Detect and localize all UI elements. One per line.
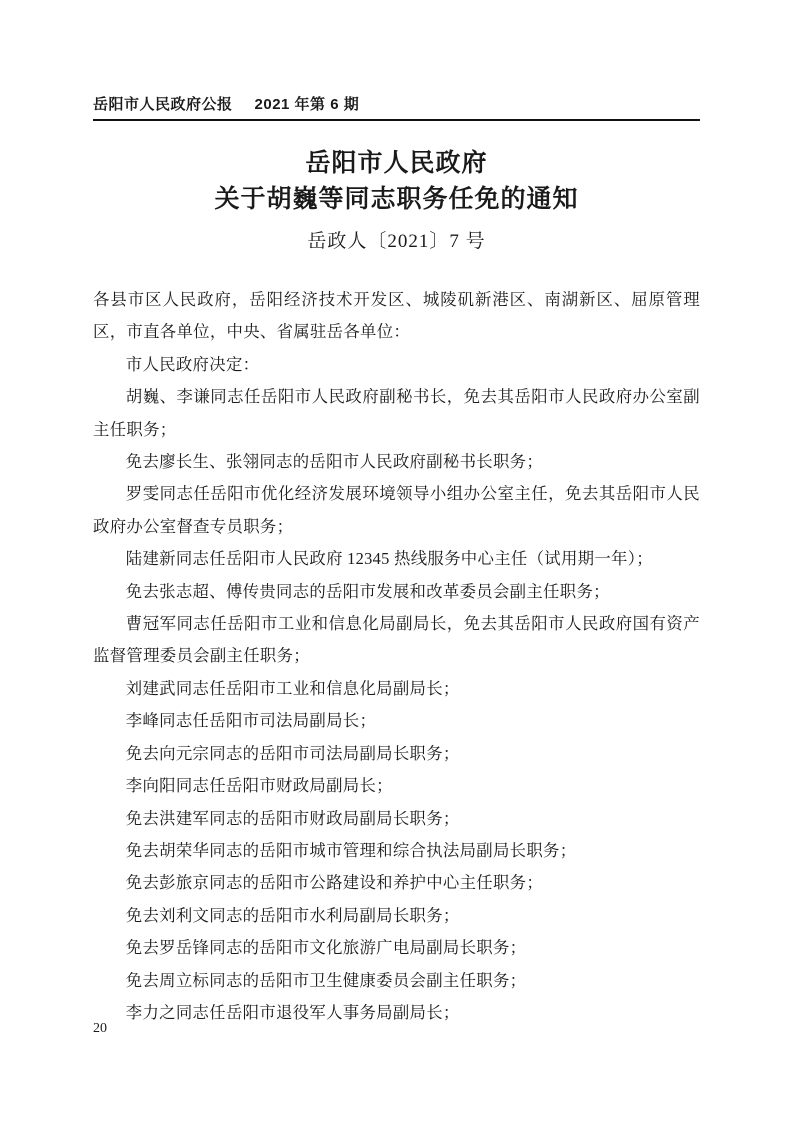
paragraph: 李力之同志任岳阳市退役军人事务局副局长；	[93, 997, 700, 1029]
paragraph: 李向阳同志任岳阳市财政局副局长；	[93, 770, 700, 802]
paragraph: 免去罗岳锋同志的岳阳市文化旅游广电局副局长职务；	[93, 932, 700, 964]
document-body: 各县市区人民政府，岳阳经济技术开发区、城陵矶新港区、南湖新区、屈原管理区，市直各…	[93, 284, 700, 1029]
paragraph: 刘建武同志任岳阳市工业和信息化局副局长；	[93, 673, 700, 705]
document-title-line-2: 关于胡巍等同志职务任免的通知	[93, 182, 700, 218]
paragraph: 曹冠军同志任岳阳市工业和信息化局副局长，免去其岳阳市人民政府国有资产监督管理委员…	[93, 608, 700, 673]
paragraph: 各县市区人民政府，岳阳经济技术开发区、城陵矶新港区、南湖新区、屈原管理区，市直各…	[93, 284, 700, 349]
paragraph: 免去向元宗同志的岳阳市司法局副局长职务；	[93, 738, 700, 770]
gazette-page: 岳阳市人民政府公报2021 年第 6 期 岳阳市人民政府 关于胡巍等同志职务任免…	[0, 0, 793, 1122]
paragraph: 免去彭旅京同志的岳阳市公路建设和养护中心主任职务；	[93, 867, 700, 899]
document-title: 岳阳市人民政府 关于胡巍等同志职务任免的通知	[93, 146, 700, 218]
paragraph: 胡巍、李谦同志任岳阳市人民政府副秘书长，免去其岳阳市人民政府办公室副主任职务；	[93, 381, 700, 446]
gazette-title: 岳阳市人民政府公报	[93, 96, 233, 113]
paragraph: 免去廖长生、张翎同志的岳阳市人民政府副秘书长职务；	[93, 446, 700, 478]
paragraph: 免去周立标同志的岳阳市卫生健康委员会副主任职务；	[93, 965, 700, 997]
paragraph: 罗雯同志任岳阳市优化经济发展环境领导小组办公室主任，免去其岳阳市人民政府办公室督…	[93, 478, 700, 543]
paragraph: 免去刘利文同志的岳阳市水利局副局长职务；	[93, 900, 700, 932]
paragraph: 市人民政府决定：	[93, 349, 700, 381]
paragraph: 免去洪建军同志的岳阳市财政局副局长职务；	[93, 803, 700, 835]
paragraph: 陆建新同志任岳阳市人民政府 12345 热线服务中心主任（试用期一年）；	[93, 543, 700, 575]
page-content: 岳阳市人民政府公报2021 年第 6 期 岳阳市人民政府 关于胡巍等同志职务任免…	[93, 0, 700, 1029]
paragraph: 免去张志超、傅传贵同志的岳阳市发展和改革委员会副主任职务；	[93, 576, 700, 608]
paragraph: 李峰同志任岳阳市司法局副局长；	[93, 705, 700, 737]
document-title-line-1: 岳阳市人民政府	[93, 146, 700, 182]
document-number: 岳政人〔2021〕7 号	[93, 229, 700, 255]
gazette-issue: 2021 年第 6 期	[255, 96, 360, 113]
gazette-masthead: 岳阳市人民政府公报2021 年第 6 期	[93, 96, 700, 121]
page-number: 20	[93, 1020, 107, 1038]
paragraph: 免去胡荣华同志的岳阳市城市管理和综合执法局副局长职务；	[93, 835, 700, 867]
